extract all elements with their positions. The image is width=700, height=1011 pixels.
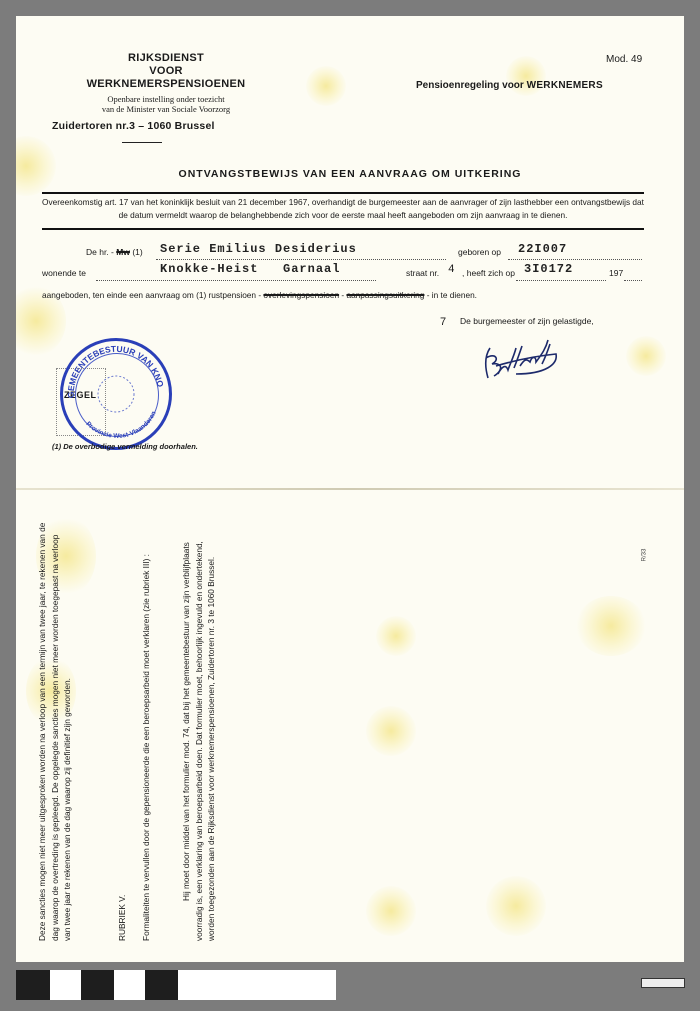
svg-text:GEMEENTEBESTUUR VAN KNOKKE-HEI: GEMEENTEBESTUUR VAN KNOKKE-HEIST [60,338,166,398]
svg-text:Provincie West-Vlaanderen: Provincie West-Vlaanderen [84,410,157,440]
top-rule [42,192,644,194]
organization-address: Zuidertoren nr.3 – 1060 Brussel [52,120,215,132]
rubriek-body: Hij moet door middel van het formulier m… [180,521,218,941]
municipal-stamp: GEMEENTEBESTUUR VAN KNOKKE-HEIST Provinc… [60,338,172,450]
presented-label: , heeft zich op [462,268,515,278]
rubriek-title: RUBRIEK V. [116,521,129,941]
name-field[interactable]: Serie Emilius Desiderius [160,242,357,256]
color-bar-black [16,970,50,1000]
reference-code: R/33 [641,549,647,562]
signature-icon [476,334,566,384]
scan-label [641,978,685,988]
street-number-field[interactable]: 4 [448,264,455,276]
color-bar-black [145,970,178,1000]
model-number: Mod. 49 [606,54,642,65]
rubriek-intro: Formaliteiten te vervullen door de gepen… [140,521,153,941]
document-title: ONTVANGSTBEWIJS VAN EEN AANVRAAG OM UITK… [16,168,684,180]
color-bar-black [81,970,114,1000]
intro-paragraph: Overeenkomstig art. 17 van het koninklij… [42,196,644,222]
document-page: RIJKSDIENST VOOR WERKNEMERSPENSIOENEN Op… [16,16,684,962]
salutation: De hr. - Mw (1) [86,247,143,257]
purpose-line: aangeboden, ten einde een aanvraag om (1… [42,290,477,300]
handwritten-mark: 7 [440,316,446,328]
residence-field[interactable]: Knokke-Heist Garnaal [160,262,340,276]
year-prefix: 197 [609,268,623,278]
bottom-rule [42,228,644,230]
sanctions-paragraph: Deze sancties mogen niet meer uitgesprok… [36,521,74,941]
page-fold [16,488,684,490]
header-divider [122,142,162,143]
color-bar-white [178,970,336,1000]
organization-subtitle: Openbare instelling onder toezicht van d… [66,94,266,114]
footnote: (1) De overbodige vermelding doorhalen. [52,442,198,451]
pension-scheme: Pensioenregeling voor WERKNEMERS [416,80,603,91]
residing-label: wonende te [42,268,86,278]
color-bar-white [114,970,145,1000]
birth-date-field[interactable]: 22I007 [518,242,567,256]
mayor-label: De burgemeester of zijn gelastigde, [460,316,594,326]
stamp-text-icon: GEMEENTEBESTUUR VAN KNOKKE-HEIST Provinc… [60,338,172,450]
organization-name: RIJKSDIENST VOOR WERKNEMERSPENSIOENEN [66,52,266,91]
presented-date-field[interactable]: 3I0172 [524,262,573,276]
street-label: straat nr. [406,268,439,278]
color-bar-white [50,970,81,1000]
born-label: geboren op [458,247,501,257]
